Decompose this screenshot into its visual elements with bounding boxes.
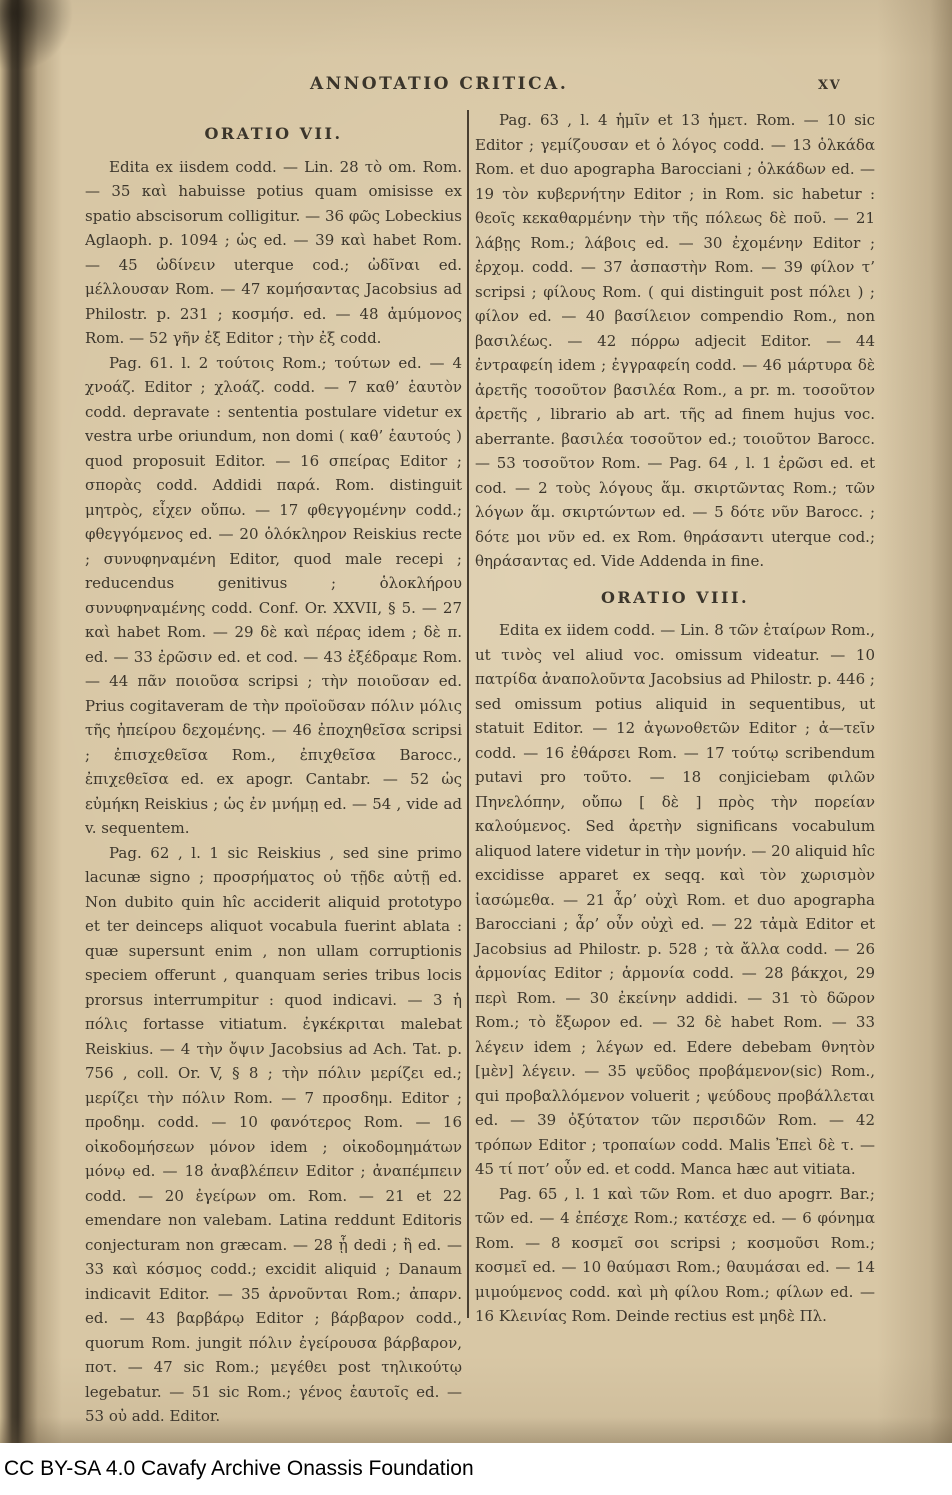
right-column: Pag. 63 , l. 4 ἡμῖν et 13 ἡμετ. Rom. — 1… [475,108,875,1428]
annotation-paragraph: Edita ex iidem codd. — Lin. 8 τῶν ἑταίρω… [475,618,875,1182]
annotation-paragraph: Pag. 62 , l. 1 sic Reiskius , sed sine p… [85,841,462,1429]
license-caption-text: CC BY-SA 4.0 Cavafy Archive Onassis Foun… [0,1457,474,1481]
running-title: ANNOTATIO CRITICA. [310,74,560,94]
annotation-paragraph: Pag. 61. l. 2 τούτοις Rom.; τούτων ed. —… [85,351,462,841]
license-caption-bar: CC BY-SA 4.0 Cavafy Archive Onassis Foun… [0,1443,952,1495]
binding-gutter-shadow [0,0,70,1443]
scanned-book-page: ANNOTATIO CRITICA. XV ORATIO VII. Edita … [0,0,952,1443]
annotation-paragraph: Pag. 63 , l. 4 ἡμῖν et 13 ἡμετ. Rom. — 1… [475,108,875,574]
running-head: ANNOTATIO CRITICA. XV [0,0,952,108]
page-number: XV [818,78,841,93]
text-columns: ORATIO VII. Edita ex iisdem codd. — Lin.… [85,108,875,1428]
page-edge-shadow [877,0,952,1443]
annotation-paragraph: Edita ex iisdem codd. — Lin. 28 τὸ om. R… [85,155,462,351]
section-heading-oratio-viii: ORATIO VIII. [475,586,875,611]
column-divider-rule [467,110,469,1318]
left-column: ORATIO VII. Edita ex iisdem codd. — Lin.… [85,108,462,1428]
section-heading-oratio-vii: ORATIO VII. [85,122,462,147]
annotation-paragraph: Pag. 65 , l. 1 καὶ τῶν Rom. et duo apogr… [475,1182,875,1329]
